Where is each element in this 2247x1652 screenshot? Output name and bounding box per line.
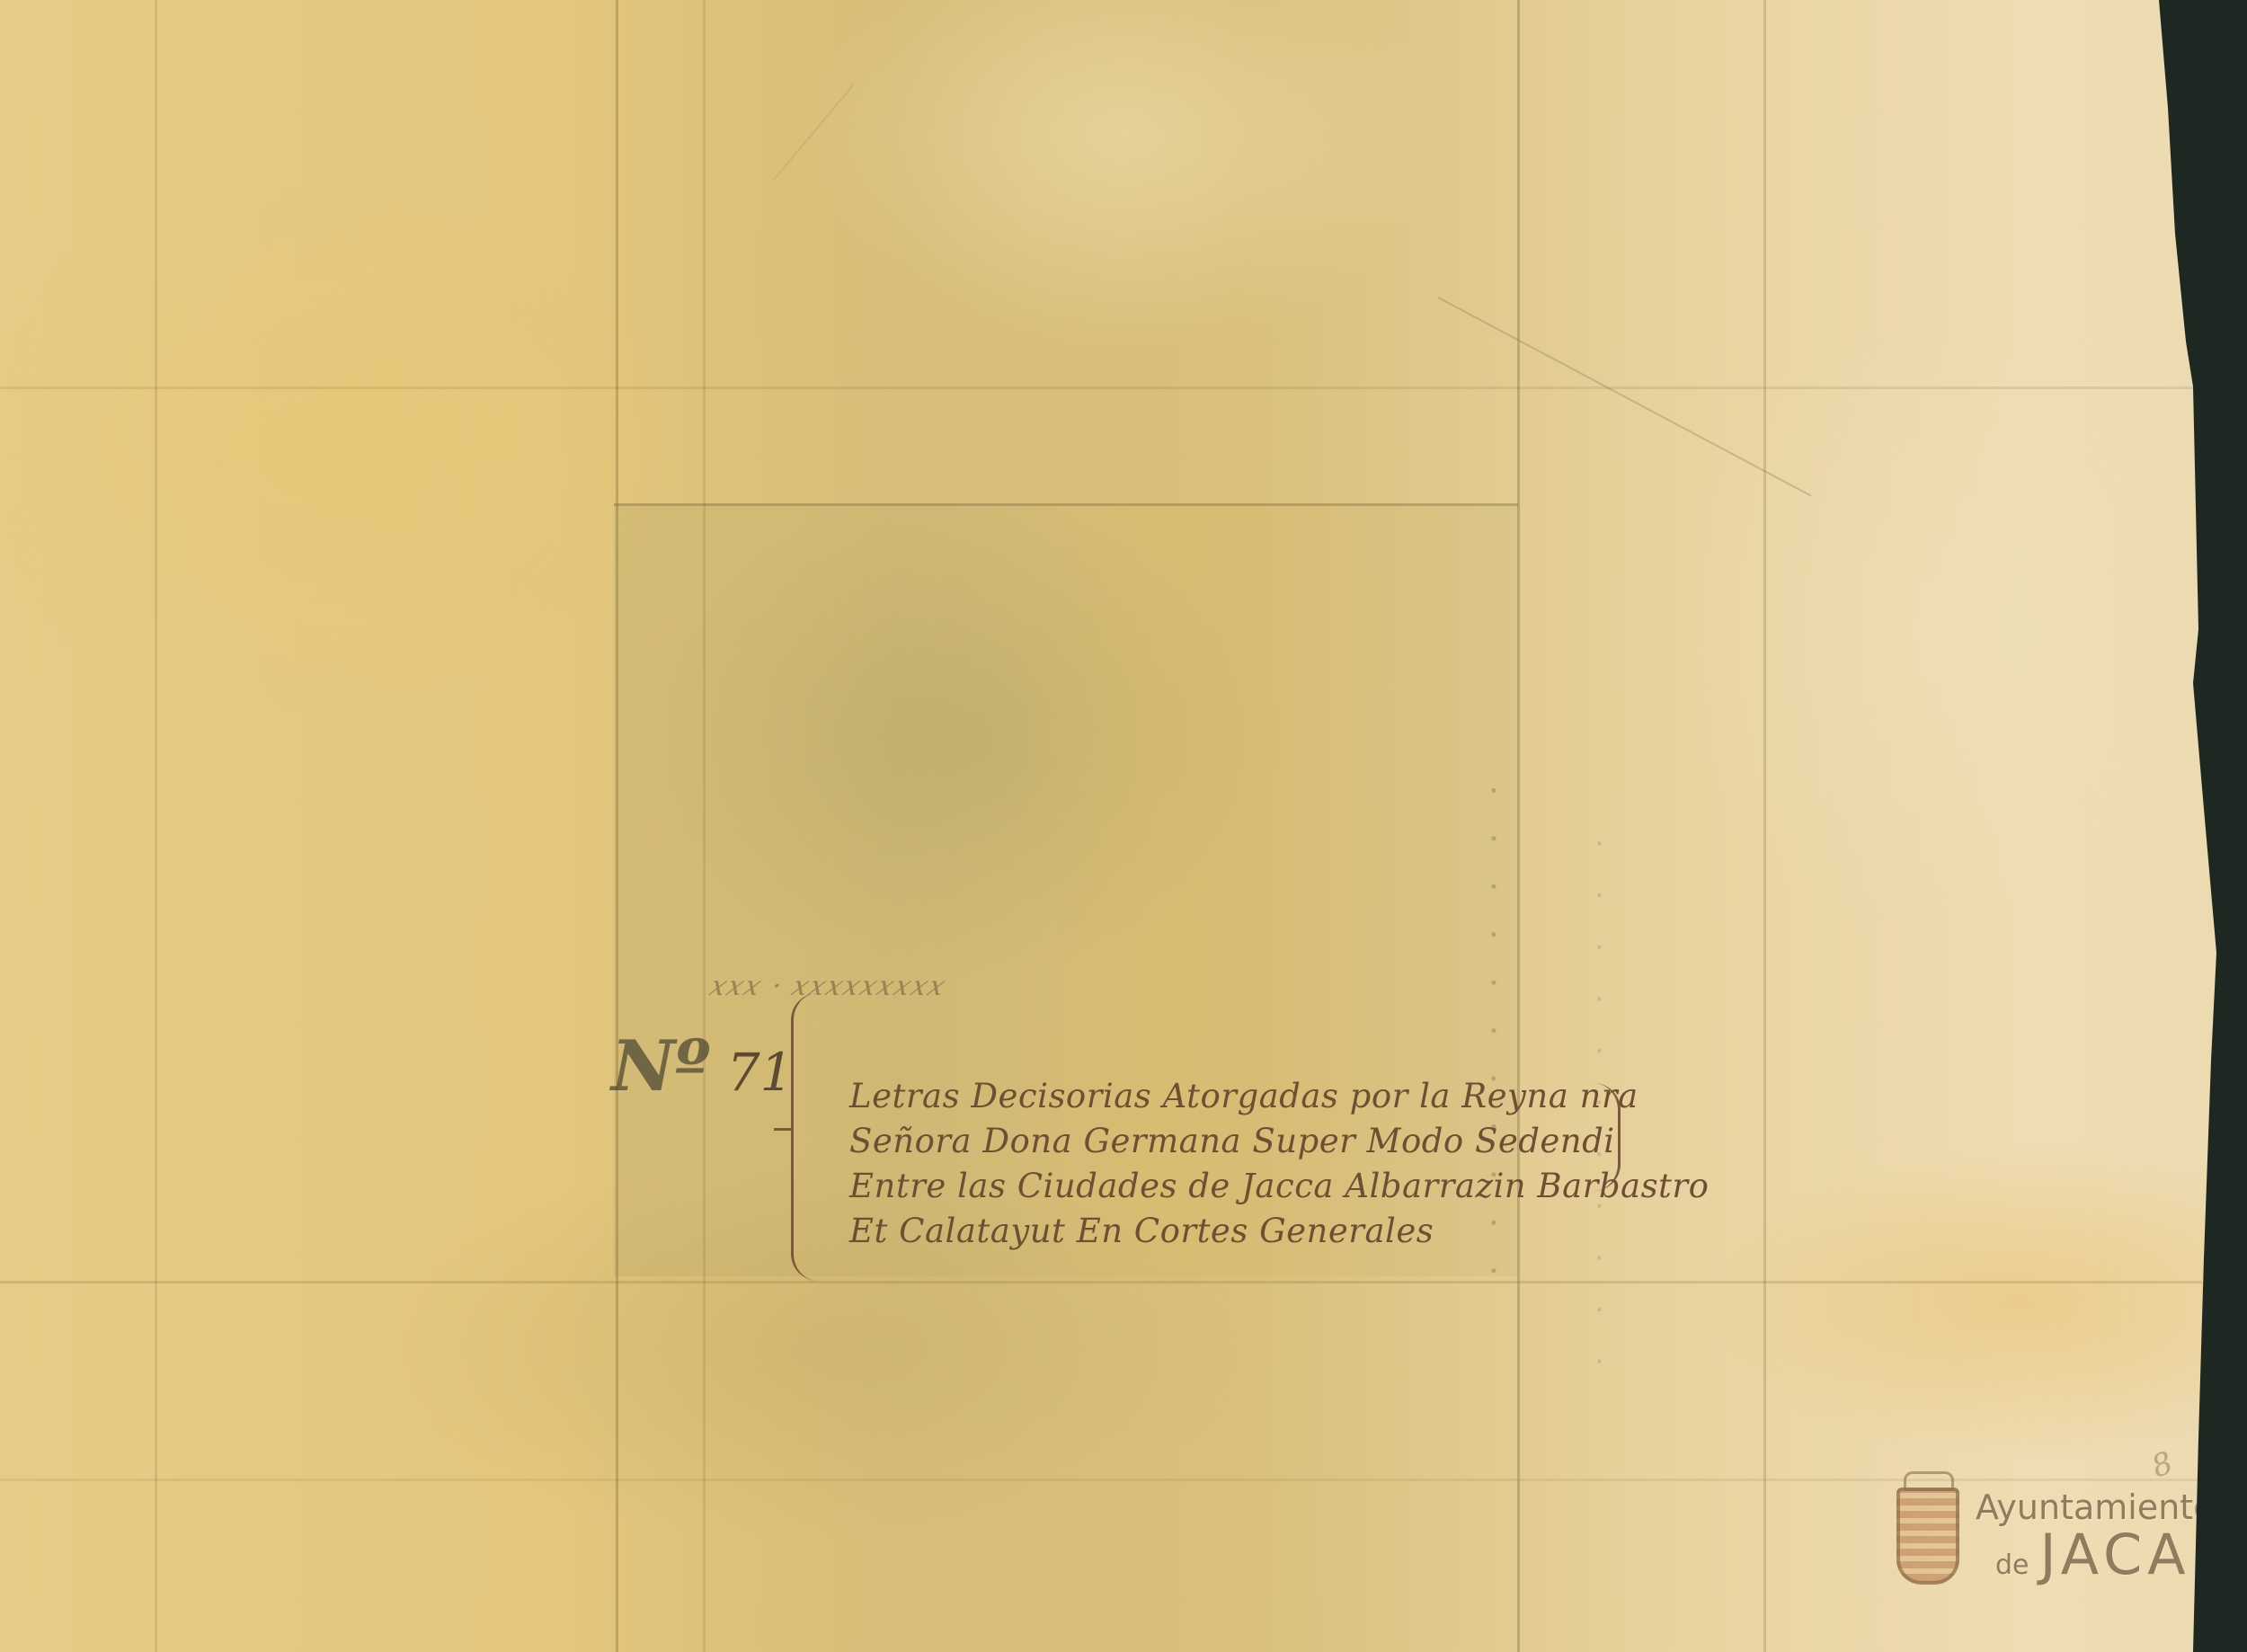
- ayuntamiento-jaca-watermark: Ayuntamiento deJACA: [1878, 1488, 2184, 1604]
- endorsement-line: Entre las Ciudades de Jacca Albarrazin B…: [849, 1164, 1622, 1209]
- fold-line: [0, 1479, 2202, 1481]
- endorsement-text: Letras Decisorias Atorgadas por la Reyna…: [849, 1074, 1622, 1254]
- fold-line: [155, 0, 157, 1652]
- archive-reference-mark: Nº 71: [611, 1032, 794, 1102]
- fold-line: [1763, 0, 1766, 1652]
- fold-line: [0, 1281, 2202, 1283]
- struck-through-note: xxx · xxxxxxxxx: [704, 971, 1257, 1007]
- ref-number: 71: [727, 1042, 794, 1103]
- watermark-line2: deJACA: [1995, 1522, 2191, 1587]
- crease: [772, 84, 855, 182]
- left-brace: [791, 993, 830, 1281]
- ref-prefix: Nº: [611, 1026, 710, 1107]
- parchment-sheet: · · · · · · · · · · · · · · · · · · · · …: [0, 0, 2247, 1652]
- fold-line: [616, 0, 618, 1652]
- fold-line: [703, 0, 706, 1652]
- endorsement-line: Et Calatayut En Cortes Generales: [849, 1209, 1622, 1254]
- coat-of-arms-icon: [1896, 1488, 1959, 1585]
- endorsement-line: Letras Decisorias Atorgadas por la Reyna…: [849, 1074, 1622, 1119]
- fold-line: [614, 503, 1518, 506]
- crease: [1438, 297, 1812, 496]
- fold-line: [0, 386, 2193, 389]
- endorsement-line: Señora Dona Germana Super Modo Sedendi: [849, 1119, 1622, 1164]
